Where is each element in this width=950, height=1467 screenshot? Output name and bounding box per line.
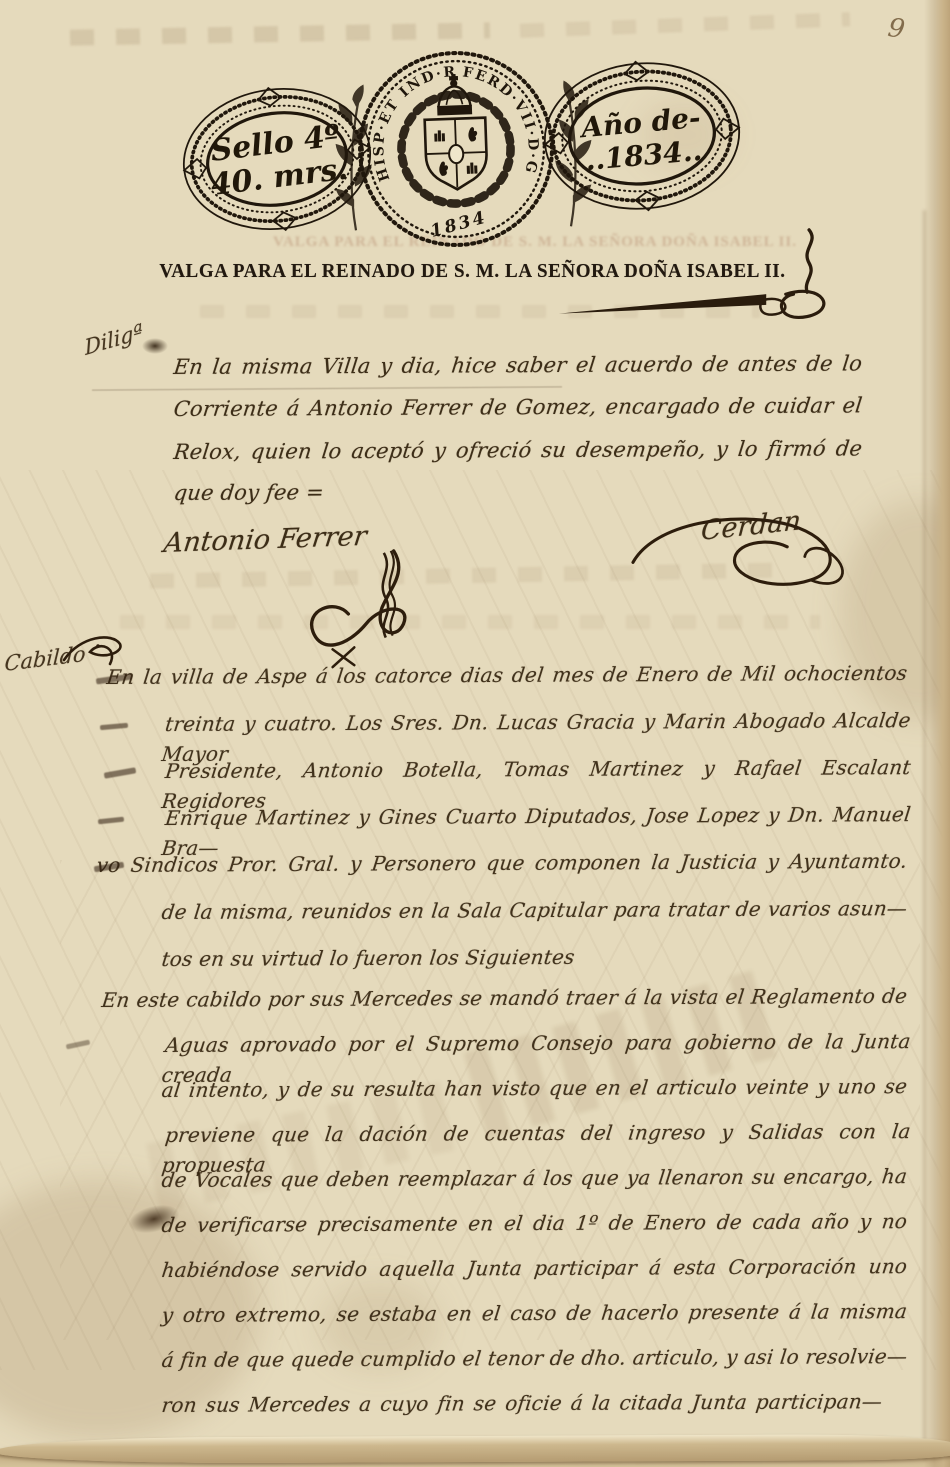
- margin-note-diligencia: Diligª: [83, 319, 144, 360]
- signature-rubric-icon: [298, 545, 448, 673]
- manuscript-line: y otro extremo, se estaba en el caso de …: [160, 1296, 909, 1330]
- ink-smudge: [100, 723, 128, 730]
- manuscript-line: de la misma, reunidos en la Sala Capitul…: [160, 893, 909, 927]
- rubric-flourish-icon: [552, 226, 848, 338]
- svg-text:HISP·ET IND·R: HISP·ET IND·R: [368, 64, 461, 184]
- ink-blot: [142, 338, 168, 354]
- page-right-edge: [924, 0, 950, 1467]
- bleedthrough-writing: [520, 12, 850, 38]
- ink-rule: [92, 386, 562, 390]
- manuscript-line: tos en su virtud lo fueron los Siguiente…: [160, 941, 724, 974]
- ink-smudge: [104, 767, 137, 778]
- seal-legend-left: HISP·ET IND·R: [368, 64, 461, 184]
- page-number: 9: [886, 13, 907, 45]
- manuscript-line: En este cabildo por sus Mercedes se mand…: [100, 981, 909, 1015]
- manuscript-page: 9 Sello 4º 40. mrs.: [0, 0, 950, 1467]
- manuscript-line: de Vocales que deben reemplazar á los qu…: [160, 1161, 909, 1195]
- page-bottom-fold: [0, 1434, 950, 1464]
- manuscript-line: En la villa de Aspe á los catorce dias d…: [105, 658, 909, 692]
- manuscript-line: de verificarse precisamente en el dia 1º…: [160, 1206, 909, 1240]
- signature-rubric-icon: [618, 498, 850, 620]
- manuscript-line: al intento, y de su resulta han visto qu…: [160, 1071, 909, 1105]
- manuscript-line: á fin de que quede cumplido el tenor de …: [160, 1341, 909, 1375]
- ink-smudge: [98, 817, 124, 825]
- ink-smudge: [66, 1040, 91, 1050]
- quartered-shield-icon: [425, 118, 488, 191]
- bleedthrough-writing: [70, 22, 490, 45]
- manuscript-line: Corriente á Antonio Ferrer de Gomez, enc…: [172, 390, 864, 424]
- margin-flourish-icon: [60, 630, 124, 670]
- manuscript-line: ron sus Mercedes a cuyo fin se oficie á …: [160, 1386, 884, 1420]
- manuscript-line: En la misma Villa y dia, hice saber el a…: [172, 348, 864, 382]
- manuscript-line: vo Sindicos Pror. Gral. y Personero que …: [95, 846, 909, 880]
- manuscript-line: Relox, quien lo aceptó y ofreció su dese…: [172, 433, 864, 467]
- manuscript-line: habiéndose servido aquella Junta partici…: [160, 1251, 909, 1285]
- year-stamp: Año de- ..1834..: [534, 47, 749, 226]
